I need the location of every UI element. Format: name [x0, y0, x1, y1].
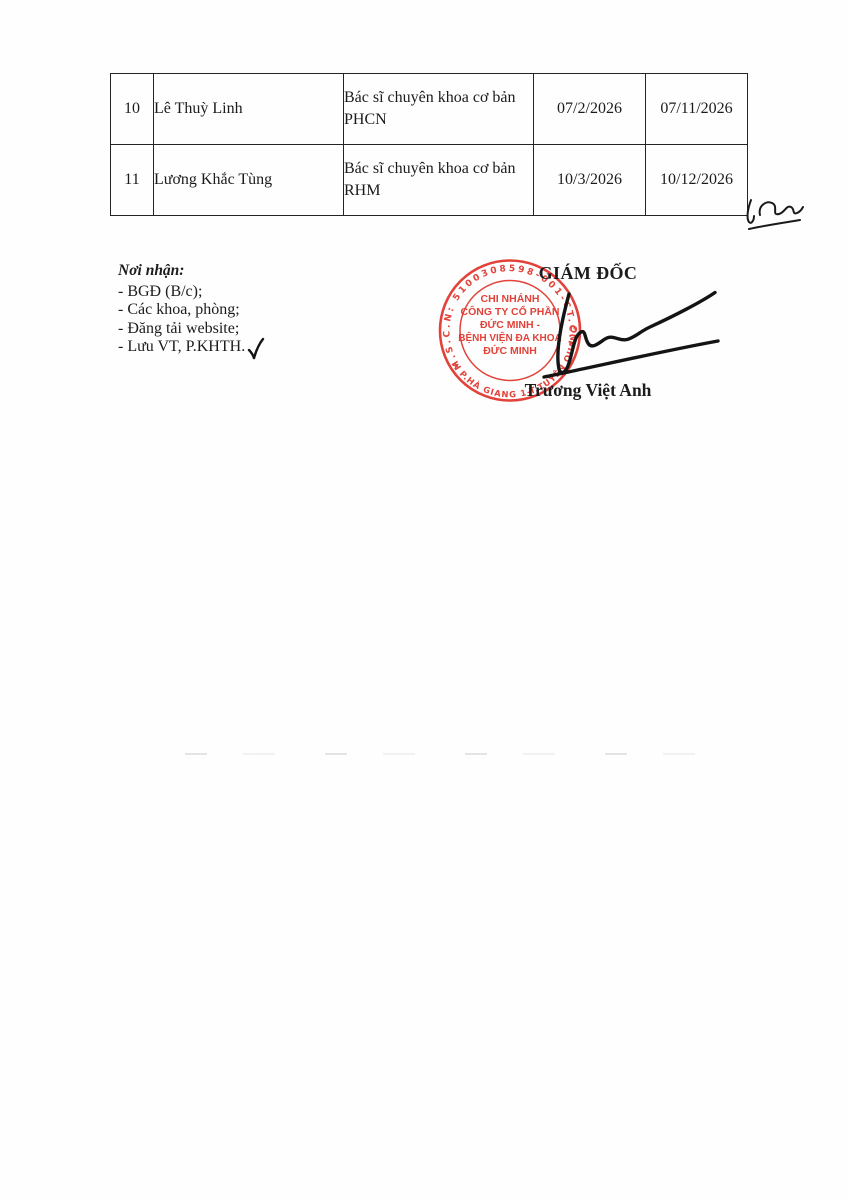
- svg-text:CHI NHÁNH: CHI NHÁNH: [481, 292, 540, 305]
- recipients-heading: Nơi nhận:: [118, 262, 245, 281]
- document-page: 10 Lê Thuỳ Linh Bác sĩ chuyên khoa cơ bả…: [0, 0, 847, 1200]
- recipient-item: - Đăng tải website;: [118, 320, 245, 339]
- cell-name: Lê Thuỳ Linh: [154, 74, 344, 145]
- table-row: 11 Lương Khắc Tùng Bác sĩ chuyên khoa cơ…: [111, 145, 748, 216]
- recipients-block: Nơi nhận: - BGĐ (B/c); - Các khoa, phòng…: [118, 262, 245, 357]
- cell-date-end: 10/12/2026: [646, 145, 748, 216]
- svg-text:ĐỨC MINH -: ĐỨC MINH -: [480, 318, 541, 331]
- svg-text:CÔNG TY CỔ PHẦN: CÔNG TY CỔ PHẦN: [461, 305, 560, 318]
- scan-artifact-line: [185, 753, 745, 755]
- cell-date-start: 07/2/2026: [534, 74, 646, 145]
- handwritten-checkmark: [246, 337, 266, 361]
- stamp-center-text: CHI NHÁNH CÔNG TY CỔ PHẦN ĐỨC MINH - BỆN…: [458, 292, 562, 357]
- cell-specialty: Bác sĩ chuyên khoa cơ bản PHCN: [344, 74, 534, 145]
- staff-table: 10 Lê Thuỳ Linh Bác sĩ chuyên khoa cơ bả…: [110, 73, 748, 216]
- cell-index: 11: [111, 145, 154, 216]
- signer-title: GIÁM ĐỐC: [497, 263, 679, 284]
- recipient-item: - BGĐ (B/c);: [118, 283, 245, 302]
- recipient-item: - Lưu VT, P.KHTH.: [118, 338, 245, 357]
- cell-date-end: 07/11/2026: [646, 74, 748, 145]
- cell-date-start: 10/3/2026: [534, 145, 646, 216]
- signer-name: Trương Việt Anh: [497, 380, 679, 401]
- cell-name: Lương Khắc Tùng: [154, 145, 344, 216]
- svg-text:BỆNH VIỆN ĐA KHOA: BỆNH VIỆN ĐA KHOA: [458, 331, 562, 344]
- handwritten-initials: [740, 192, 810, 238]
- recipient-item: - Các khoa, phòng;: [118, 301, 245, 320]
- cell-index: 10: [111, 74, 154, 145]
- cell-specialty: Bác sĩ chuyên khoa cơ bản RHM: [344, 145, 534, 216]
- certificate-table: 10 Lê Thuỳ Linh Bác sĩ chuyên khoa cơ bả…: [110, 73, 748, 216]
- svg-text:ĐỨC MINH: ĐỨC MINH: [483, 344, 537, 357]
- table-row: 10 Lê Thuỳ Linh Bác sĩ chuyên khoa cơ bả…: [111, 74, 748, 145]
